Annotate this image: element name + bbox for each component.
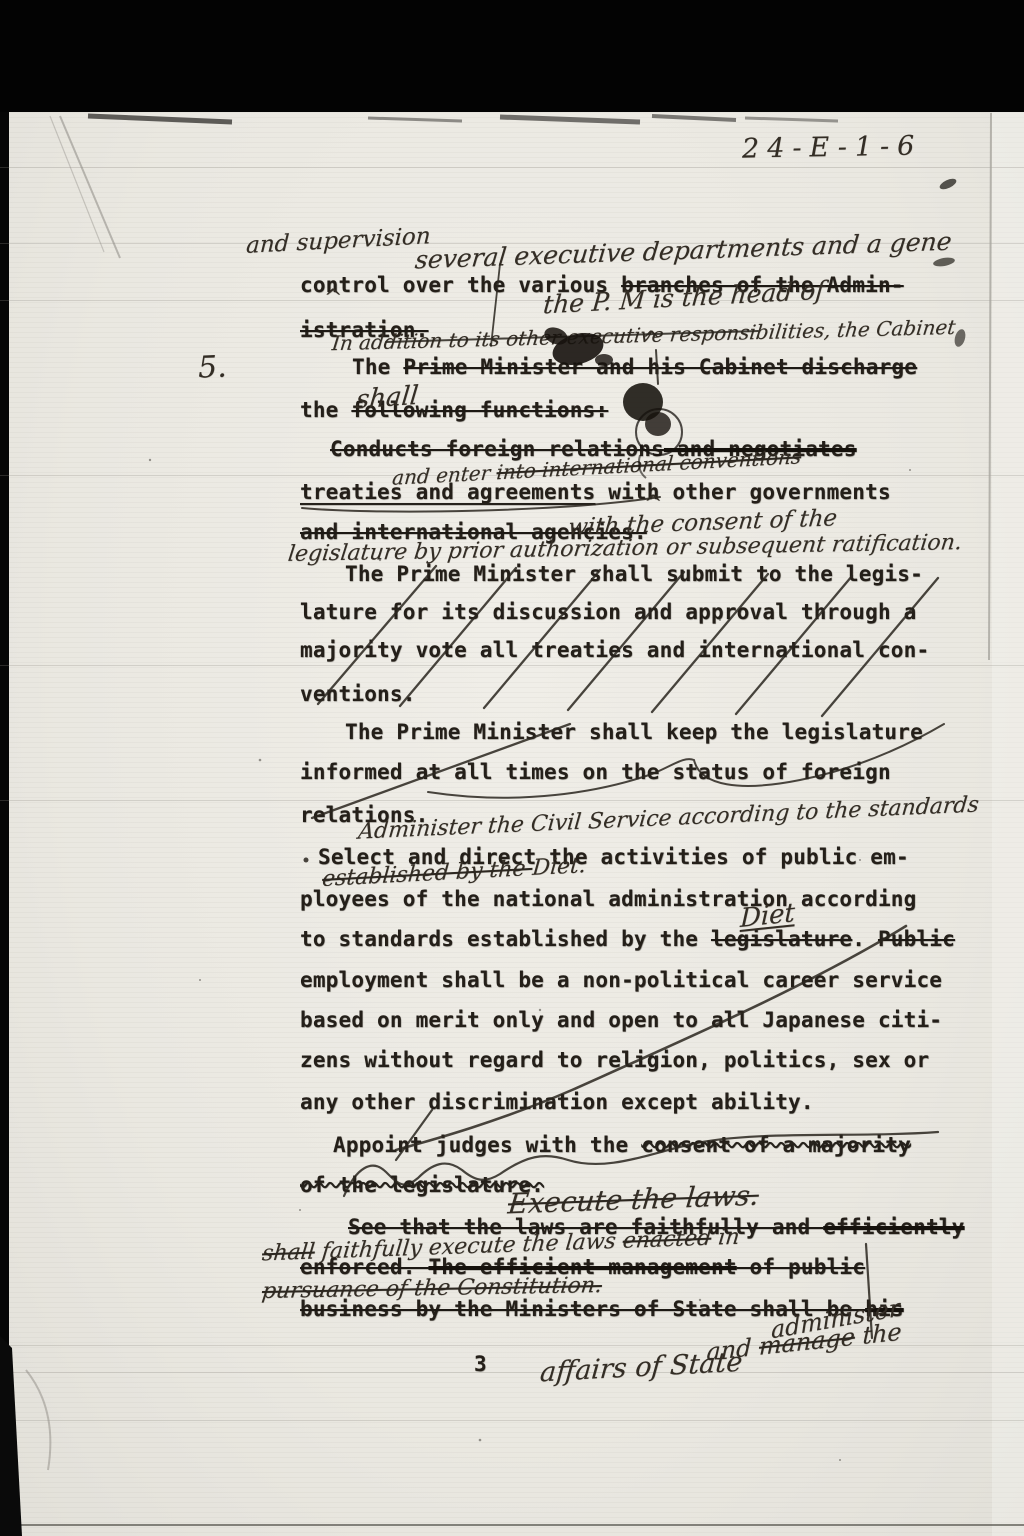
- handwritten-text: in: [710, 1225, 741, 1251]
- struck-text: of the legislature.: [300, 1173, 544, 1197]
- struck-handwriting: enacted: [621, 1226, 712, 1254]
- margin-number: 5.: [197, 350, 227, 386]
- insertion-caret: ^: [642, 328, 660, 353]
- struck-text: Public: [878, 927, 955, 951]
- struck-text: legislature: [711, 927, 852, 951]
- typed-line: The Prime Minister and his Cabinet disch…: [352, 355, 917, 379]
- typed-text: with other governments: [595, 480, 890, 504]
- typed-text: The: [352, 355, 403, 379]
- typed-line: the following functions:: [300, 398, 608, 422]
- typed-line: majority vote all treaties and internati…: [300, 638, 929, 662]
- handwritten-note: shall: [354, 381, 419, 416]
- struck-text: Prime Minister and his Cabinet discharge: [403, 355, 917, 379]
- struck-text: of public: [737, 1255, 865, 1279]
- scan-left-edge: [0, 112, 9, 1536]
- typed-line: The Prime Minister shall keep the legisl…: [345, 720, 923, 744]
- typed-line: ployees of the national administration a…: [300, 887, 916, 911]
- scanned-page: 24-E-1-6 control over the various branch…: [0, 0, 1024, 1536]
- struck-handwriting: shall: [261, 1239, 316, 1266]
- typed-line: Appoint judges with the consent of a maj…: [333, 1133, 911, 1157]
- typed-line: to standards established by the legislat…: [300, 927, 955, 951]
- doc-number-annotation: 24-E-1-6: [742, 130, 923, 164]
- typed-line: zens without regard to religion, politic…: [300, 1048, 929, 1072]
- typed-line: treaties and agreements with other gover…: [300, 480, 891, 504]
- typed-line: based on merit only and open to all Japa…: [300, 1008, 942, 1032]
- scan-line: [0, 1372, 1024, 1373]
- insertion-caret: ^: [324, 286, 342, 311]
- page-number: 3: [474, 1352, 487, 1376]
- handwritten-text: the: [854, 1318, 902, 1351]
- handwritten-text: Diet.: [531, 853, 587, 881]
- typed-line: of the legislature.: [300, 1173, 544, 1197]
- insertion-caret: ^: [644, 492, 662, 517]
- handwritten-note: Diet: [740, 898, 796, 934]
- typed-line: The Prime Minister shall submit to the l…: [345, 562, 923, 586]
- scan-line: [0, 665, 1024, 666]
- paper-crease-light-strip: [992, 112, 1024, 1536]
- struck-text: efficiently: [823, 1215, 964, 1239]
- typed-text: Appoint judges with the: [333, 1133, 641, 1157]
- scan-line: [0, 1524, 1024, 1526]
- scan-line: [0, 1420, 1024, 1421]
- typed-text: the: [300, 398, 351, 422]
- typed-line: informed at all times on the status of f…: [300, 760, 891, 784]
- typed-line: ventions.: [300, 682, 416, 706]
- scan-line: [0, 300, 1024, 301]
- typed-text: to standards established by the: [300, 927, 711, 951]
- typed-text: .: [852, 927, 878, 951]
- typed-line: lature for its discussion and approval t…: [300, 600, 916, 624]
- typed-line: any other discrimination except ability.: [300, 1090, 814, 1114]
- struck-text: consent of a majority: [641, 1133, 911, 1157]
- scan-top-edge: [0, 0, 1024, 112]
- typed-line: employment shall be a non-political care…: [300, 968, 942, 992]
- scan-line: [0, 167, 1024, 168]
